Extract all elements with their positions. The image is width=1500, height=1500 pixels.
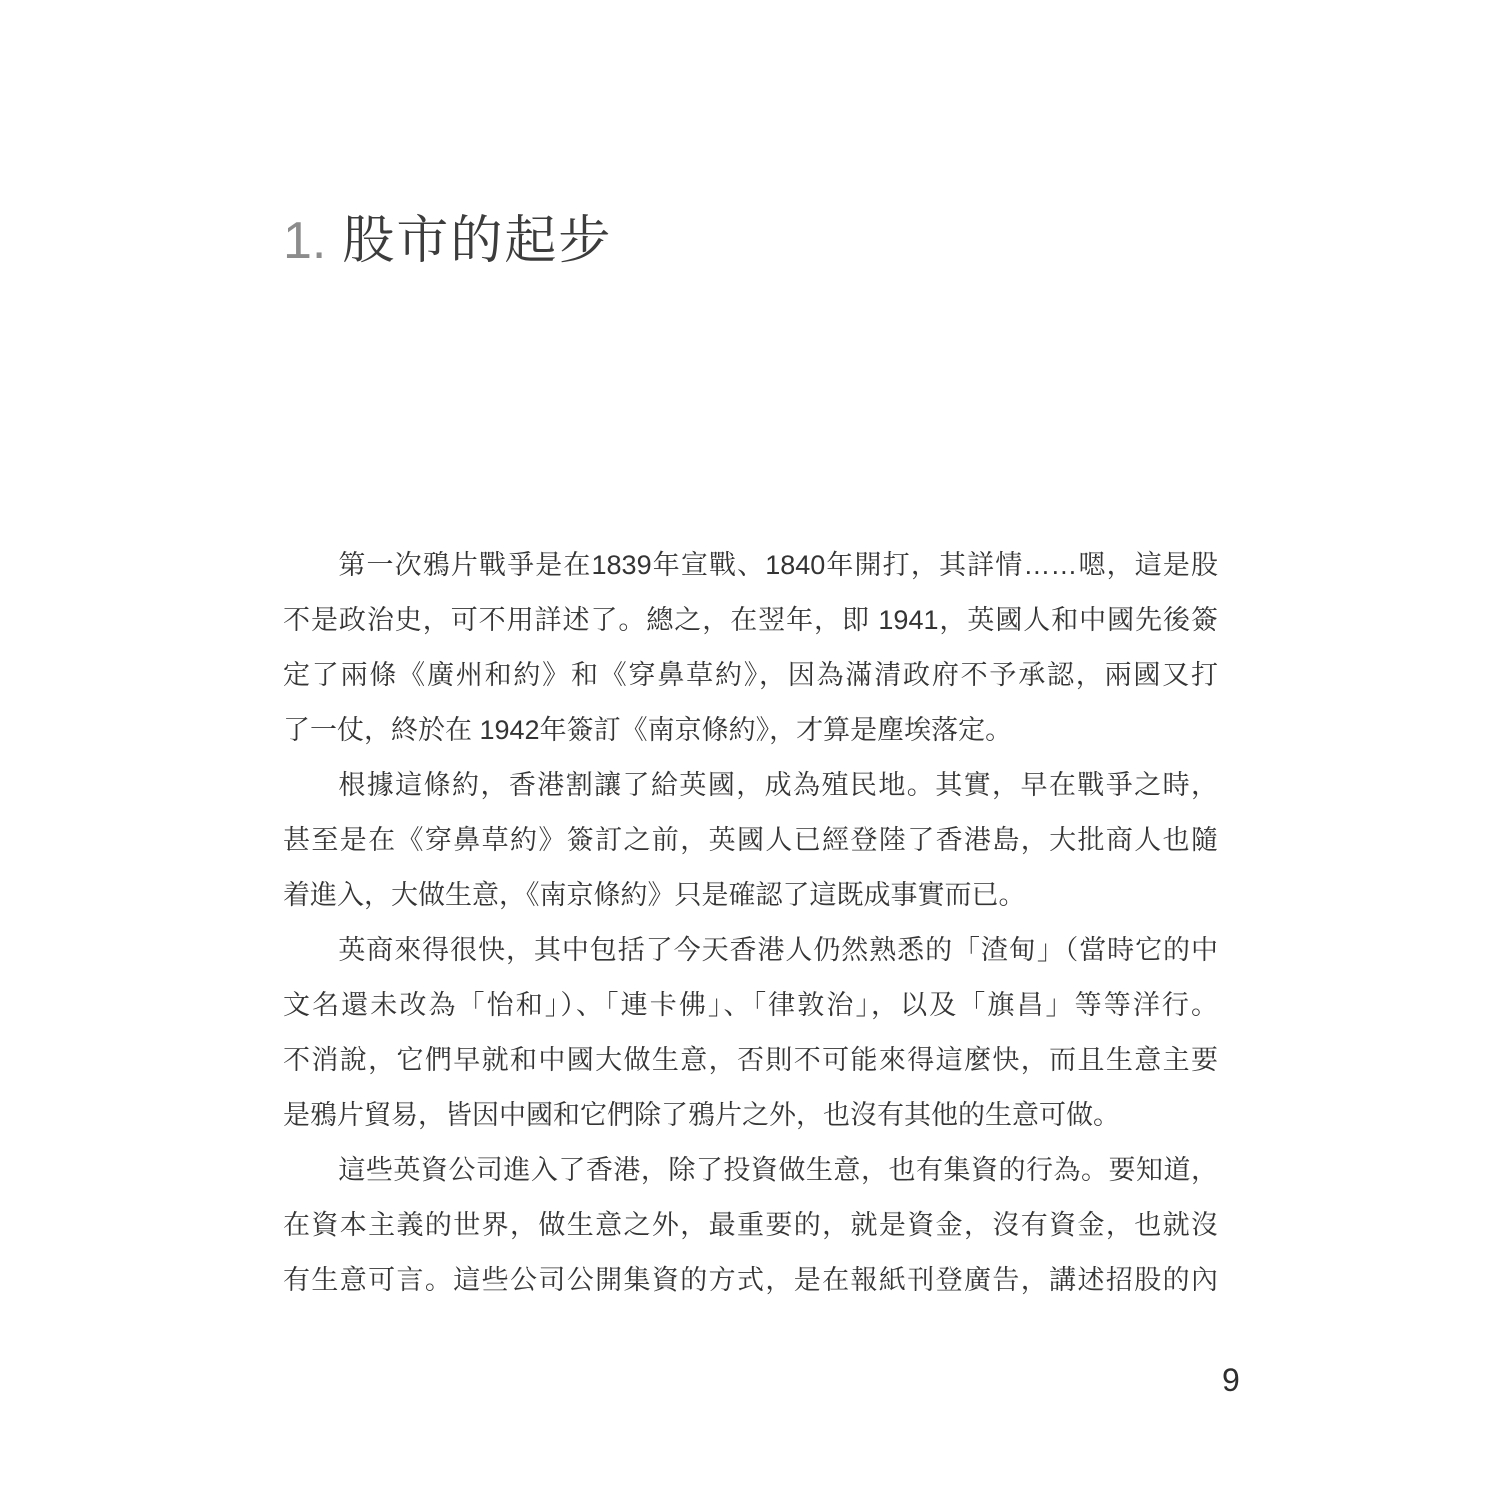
chapter-title: 1.股市的起步 [283,198,612,273]
body-line: 根據這條約，香港割讓了給英國，成為殖民地。其實，早在戰爭之時， [283,758,1218,813]
body-line: 不是政治史，可不用詳述了。總之，在翌年，即 1941，英國人和中國先後簽 [283,593,1218,648]
body-line: 是鴉片貿易，皆因中國和它們除了鴉片之外，也沒有其他的生意可做。 [283,1088,1218,1143]
page-number: 9 [1222,1362,1240,1399]
chapter-title-text: 股市的起步 [342,212,612,270]
body-line: 這些英資公司進入了香港，除了投資做生意，也有集資的行為。要知道， [283,1143,1218,1198]
body-line: 甚至是在《穿鼻草約》簽訂之前，英國人已經登陸了香港島，大批商人也隨 [283,813,1218,868]
body-line: 着進入，大做生意，《南京條約》只是確認了這既成事實而已。 [283,868,1218,923]
chapter-number: 1. [283,212,326,270]
body-line: 第一次鴉片戰爭是在1839年宣戰、1840年開打，其詳情……嗯，這是股史， [283,538,1218,593]
body-line: 有生意可言。這些公司公開集資的方式，是在報紙刊登廣告，講述招股的內 [283,1253,1218,1308]
body-line: 定了兩條《廣州和約》和《穿鼻草約》，因為滿清政府不予承認，兩國又打 [283,648,1218,703]
body-line: 了一仗，終於在 1942年簽訂《南京條約》，才算是塵埃落定。 [283,703,1218,758]
body-line: 在資本主義的世界，做生意之外，最重要的，就是資金，沒有資金，也就沒 [283,1198,1218,1253]
body-line: 英商來得很快，其中包括了今天香港人仍然熟悉的「渣甸」（當時它的中 [283,923,1218,978]
body-line: 不消說，它們早就和中國大做生意，否則不可能來得這麼快，而且生意主要 [283,1033,1218,1088]
book-page: 1.股市的起步 第一次鴉片戰爭是在1839年宣戰、1840年開打，其詳情……嗯，… [0,0,1500,1500]
body-line: 文名還未改為「怡和」）、「連卡佛」、「律敦治」，以及「旗昌」等等洋行。 [283,978,1218,1033]
body-text: 第一次鴉片戰爭是在1839年宣戰、1840年開打，其詳情……嗯，這是股史，不是政… [283,538,1218,1308]
